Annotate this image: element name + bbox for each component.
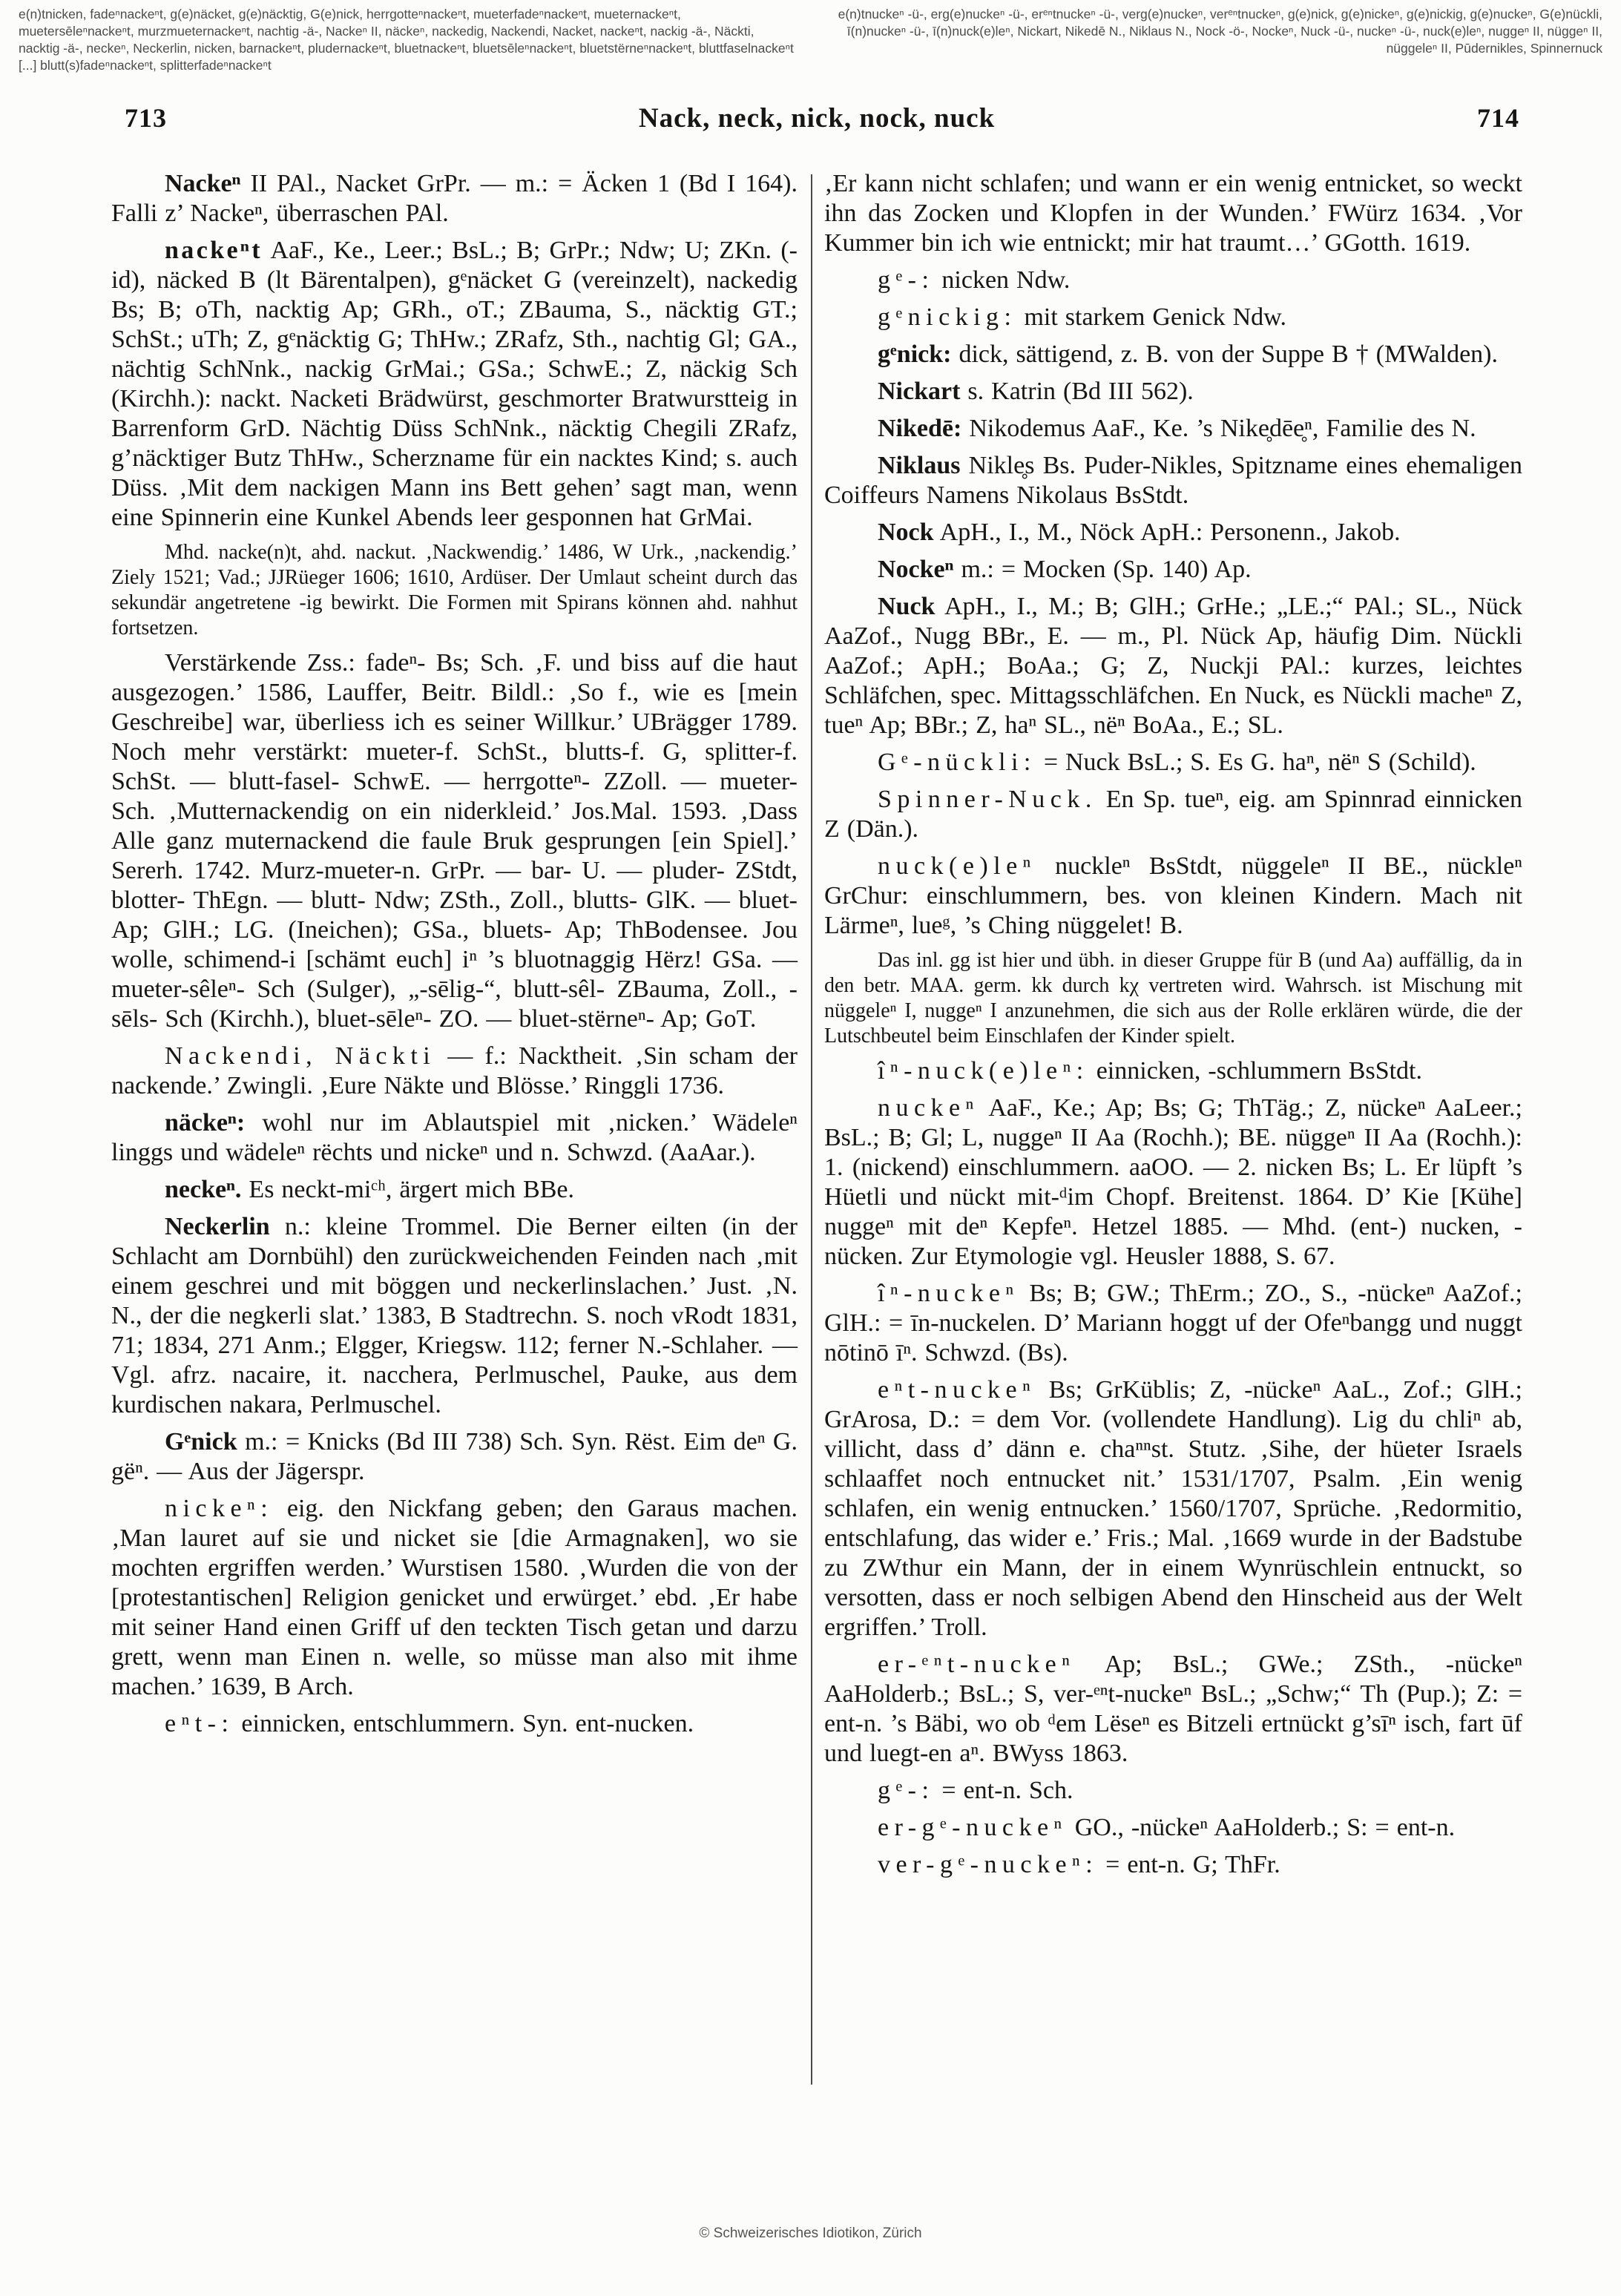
entry-headword: Niklaus [878,452,961,479]
column-divider-rule [811,174,812,2085]
column-713: Nackeⁿ II PAl., Nacket GrPr. — m.: = Äck… [111,169,798,1887]
dictionary-page: e(n)tnicken, fadeⁿnackeⁿt, g(e)näcket, g… [0,0,1621,2296]
dictionary-paragraph: Spinner-Nuck. En Sp. tueⁿ, eig. am Spinn… [824,785,1522,844]
copyright-footer: © Schweizerisches Idiotikon, Zürich [0,2226,1621,2242]
dictionary-paragraph: Das inl. gg ist hier und übh. in dieser … [824,948,1522,1049]
dictionary-paragraph: nuck(e)leⁿ nuckleⁿ BsStdt, nüggeleⁿ II B… [824,852,1522,941]
dictionary-paragraph: Nickart s. Katrin (Bd III 562). [824,377,1522,407]
index-words-left: e(n)tnicken, fadeⁿnackeⁿt, g(e)näcket, g… [19,6,796,74]
entry-headword: Nackeⁿ [165,170,240,197]
entry-headword: nickeⁿ: [165,1495,273,1522]
dictionary-paragraph: gᵉ-: = ent-n. Sch. [824,1776,1522,1806]
dictionary-paragraph: nuckeⁿ AaF., Ke.; Ap; Bs; G; ThTäg.; Z, … [824,1093,1522,1272]
index-words-right: e(n)tnuckeⁿ -ü-, erg(e)nuckeⁿ -ü-, erᵉⁿt… [826,6,1603,74]
dictionary-paragraph: eⁿt-: einnicken, entschlummern. Syn. ent… [111,1709,798,1739]
entry-headword: ver-gᵉ-nuckeⁿ: [878,1851,1098,1878]
page-header: 713 Nack, neck, nick, nock, nuck 714 [111,102,1522,139]
entry-headword: Gᵉnick [165,1428,237,1455]
entry-headword: Nock [878,519,934,546]
entry-headword: näckeⁿ: [165,1109,245,1137]
entry-headword: îⁿ-nuck(e)leⁿ: [878,1057,1089,1085]
dictionary-paragraph: neckeⁿ. Es neckt-miᶜʰ, ärgert mich BBe. [111,1175,798,1205]
entry-headword: nuckeⁿ [878,1094,979,1122]
entry-headword: eⁿt-nuckeⁿ [878,1376,1036,1404]
entry-headword: gᵉnick: [878,341,951,368]
dictionary-paragraph: er-gᵉ-nuckeⁿ GO., -nückeⁿ AaHolderb.; S:… [824,1813,1522,1843]
column-number-right: 714 [1477,102,1519,134]
entry-headword: gᵉ-: [878,1777,934,1804]
dictionary-paragraph: Nikedē: Nikodemus AaF., Ke. ’s Nike̥dēe̥… [824,414,1522,444]
dictionary-paragraph: Nackendi, Näckti — f.: Nacktheit. ‚Sin s… [111,1042,798,1101]
dictionary-paragraph: îⁿ-nuckeⁿ Bs; B; GW.; ThErm.; ZO., S., -… [824,1279,1522,1368]
dictionary-paragraph: îⁿ-nuck(e)leⁿ: einnicken, -schlummern Bs… [824,1056,1522,1086]
dictionary-paragraph: er-ᵉⁿt-nuckeⁿ Ap; BsL.; GWe.; ZSth., -nü… [824,1650,1522,1769]
entry-headword: Nikedē: [878,415,961,442]
page-title: Nack, neck, nick, nock, nuck [111,102,1522,134]
entry-headword: Nockeⁿ [878,556,953,583]
dictionary-paragraph: Mhd. nacke(n)t, ahd. nackut. ‚Nackwendig… [111,540,798,641]
entry-headword: nuck(e)leⁿ [878,852,1036,880]
entry-headword: gᵉ-: [878,266,934,294]
dictionary-paragraph: näckeⁿ: wohl nur im Ablautspiel mit ‚nic… [111,1108,798,1168]
dictionary-paragraph: eⁿt-nuckeⁿ Bs; GrKüblis; Z, -nückeⁿ AaL.… [824,1375,1522,1642]
entry-headword: Gᵉ-nückli: [878,749,1036,776]
entry-headword: eⁿt-: [165,1710,234,1737]
entry-headword: nackeⁿt [165,237,263,264]
entry-headword: Neckerlin [165,1213,270,1240]
entry-headword: gᵉnickig: [878,303,1016,331]
dictionary-paragraph: ver-gᵉ-nuckeⁿ: = ent-n. G; ThFr. [824,1850,1522,1880]
dictionary-paragraph: gᵉ-: nicken Ndw. [824,266,1522,295]
dictionary-paragraph: Neckerlin n.: kleine Trommel. Die Berner… [111,1212,798,1420]
entry-headword: neckeⁿ. [165,1176,241,1203]
dictionary-paragraph: Nock ApH., I., M., Nöck ApH.: Personenn.… [824,518,1522,547]
dictionary-paragraph: Nuck ApH., I., M.; B; GlH.; GrHe.; „LE.;… [824,592,1522,740]
dictionary-paragraph: nackeⁿt AaF., Ke., Leer.; BsL.; B; GrPr.… [111,236,798,533]
dictionary-paragraph: gᵉnick: dick, sättigend, z. B. von der S… [824,340,1522,369]
text-block: Nackeⁿ II PAl., Nacket GrPr. — m.: = Äck… [111,169,1522,1887]
entry-headword: Spinner-Nuck. [878,786,1097,813]
entry-headword: îⁿ-nuckeⁿ [878,1280,1019,1307]
entry-headword: Nuck [878,593,935,620]
dictionary-paragraph: Gᵉ-nückli: = Nuck BsL.; S. Es G. haⁿ, në… [824,748,1522,777]
entry-headword: Nackendi, Näckti [165,1042,435,1070]
dictionary-paragraph: ‚Er kann nicht schlafen; und wann er ein… [824,169,1522,258]
dictionary-paragraph: Niklaus Nikle̥s Bs. Puder-Nikles, Spitzn… [824,451,1522,510]
dictionary-paragraph: Nackeⁿ II PAl., Nacket GrPr. — m.: = Äck… [111,169,798,228]
dictionary-paragraph: gᵉnickig: mit starkem Genick Ndw. [824,303,1522,332]
column-714: ‚Er kann nicht schlafen; und wann er ein… [824,169,1522,1887]
dictionary-paragraph: Nockeⁿ m.: = Mocken (Sp. 140) Ap. [824,555,1522,585]
entry-headword: er-ᵉⁿt-nuckeⁿ [878,1651,1075,1678]
dictionary-paragraph: Verstärkende Zss.: fadeⁿ- Bs; Sch. ‚F. u… [111,648,798,1034]
entry-headword: Nickart [878,378,960,405]
running-index-header: e(n)tnicken, fadeⁿnackeⁿt, g(e)näcket, g… [19,6,1602,74]
dictionary-paragraph: nickeⁿ: eig. den Nickfang geben; den Gar… [111,1494,798,1702]
entry-headword: er-gᵉ-nuckeⁿ [878,1814,1068,1841]
dictionary-paragraph: Gᵉnick m.: = Knicks (Bd III 738) Sch. Sy… [111,1427,798,1487]
